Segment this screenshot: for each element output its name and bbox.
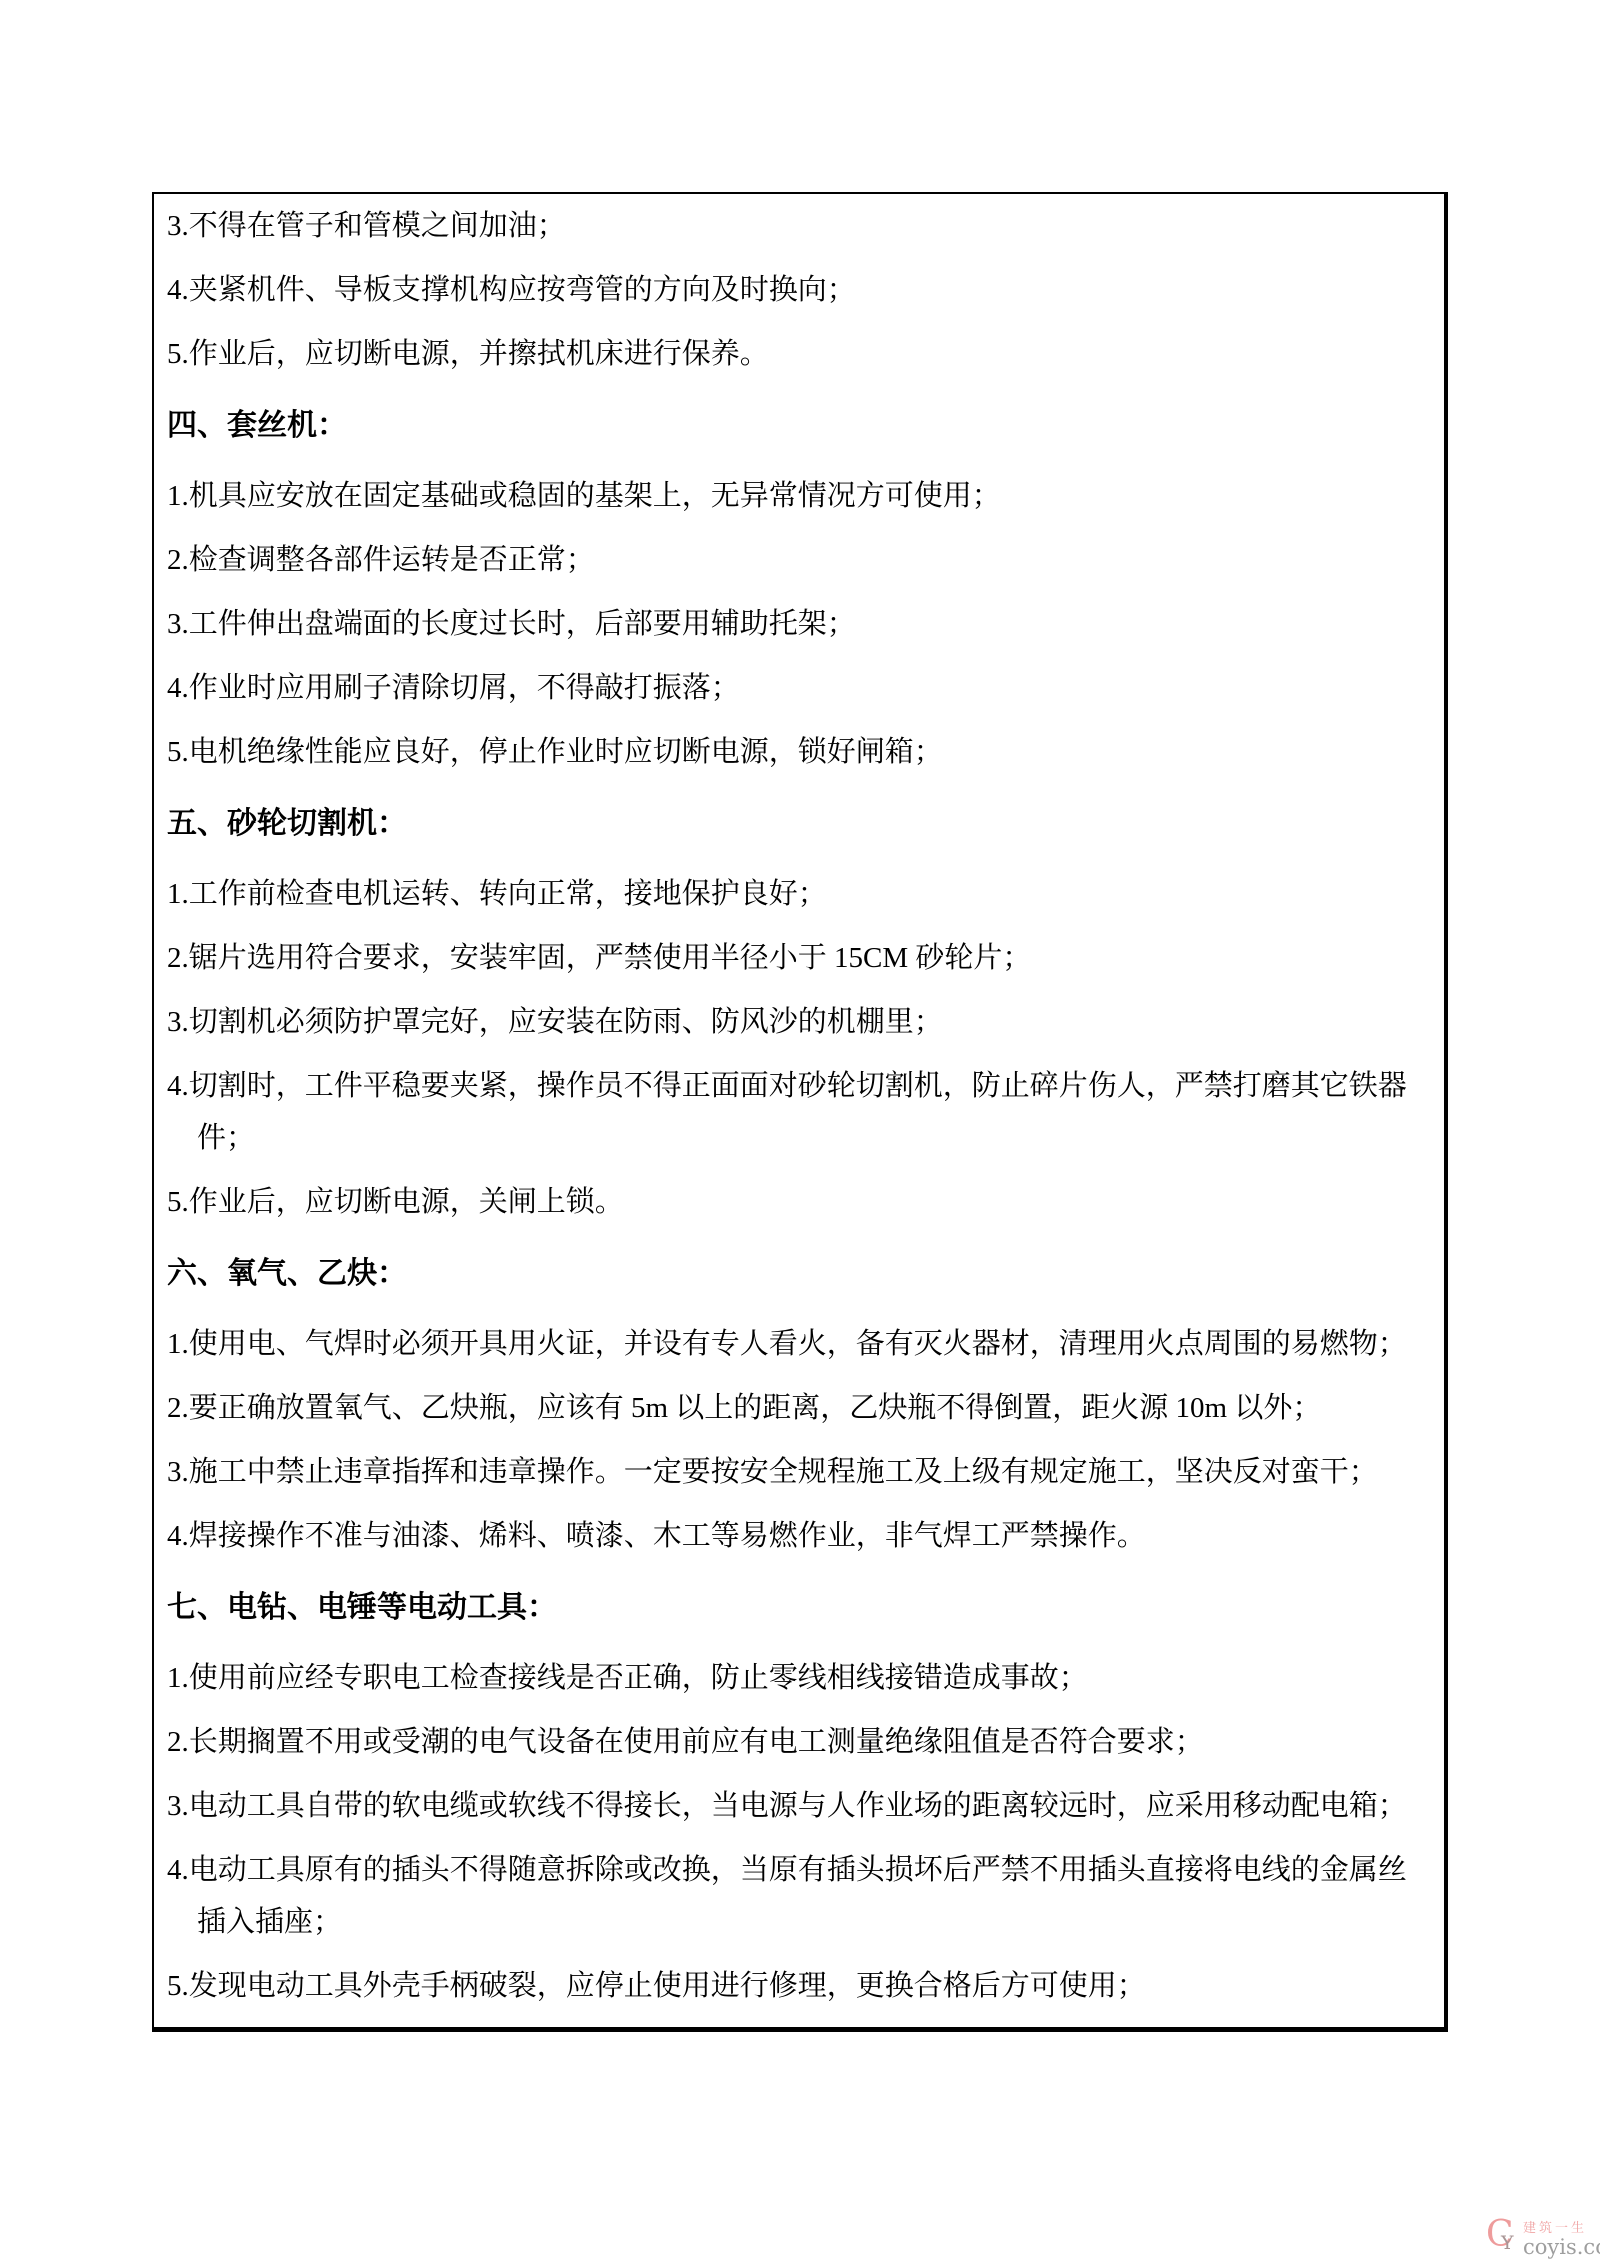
list-item: 3.电动工具自带的软电缆或软线不得接长，当电源与人作业场的距离较远时，应采用移动… — [167, 1780, 1427, 1844]
watermark-tagline: 建筑一生 — [1523, 2220, 1600, 2236]
list-item: 5.作业后，应切断电源，关闸上锁。 — [167, 1176, 1427, 1240]
list-item: 3.工件伸出盘端面的长度过长时，后部要用辅助托架； — [167, 598, 1427, 662]
list-item: 4.夹紧机件、导板支撑机构应按弯管的方向及时换向； — [167, 264, 1427, 328]
safety-rules-table: 3.不得在管子和管模之间加油； 4.夹紧机件、导板支撑机构应按弯管的方向及时换向… — [152, 192, 1448, 2032]
list-item: 2.检查调整各部件运转是否正常； — [167, 534, 1427, 598]
list-item: 1.机具应安放在固定基础或稳固的基架上，无异常情况方可使用； — [167, 470, 1427, 534]
section-heading-grinding-cutter: 五、砂轮切割机： — [167, 790, 1427, 868]
list-item: 4.作业时应用刷子清除切屑，不得敲打振落； — [167, 662, 1427, 726]
section-heading-threading-machine: 四、套丝机： — [167, 392, 1427, 470]
list-item: 3.切割机必须防护罩完好，应安装在防雨、防风沙的机棚里； — [167, 996, 1427, 1060]
list-item: 4.焊接操作不准与油漆、烯料、喷漆、木工等易燃作业，非气焊工严禁操作。 — [167, 1510, 1427, 1574]
list-item: 4.电动工具原有的插头不得随意拆除或改换，当原有插头损坏后严禁不用插头直接将电线… — [167, 1844, 1427, 1960]
document-page: 3.不得在管子和管模之间加油； 4.夹紧机件、导板支撑机构应按弯管的方向及时换向… — [0, 0, 1600, 2262]
list-item: 2.要正确放置氧气、乙炔瓶，应该有 5m 以上的距离，乙炔瓶不得倒置，距火源 1… — [167, 1382, 1427, 1446]
section-heading-oxygen-acetylene: 六、氧气、乙炔： — [167, 1240, 1427, 1318]
list-item: 1.使用前应经专职电工检查接线是否正确，防止零线相线接错造成事故； — [167, 1652, 1427, 1716]
list-item: 2.锯片选用符合要求，安装牢固，严禁使用半径小于 15CM 砂轮片； — [167, 932, 1427, 996]
list-item: 3.不得在管子和管模之间加油； — [167, 200, 1427, 264]
list-item: 4.切割时，工件平稳要夹紧，操作员不得正面面对砂轮切割机，防止碎片伤人，严禁打磨… — [167, 1060, 1427, 1176]
list-item: 5.电机绝缘性能应良好，停止作业时应切断电源，锁好闸箱； — [167, 726, 1427, 790]
watermark: C Y 建筑一生 coyis.com — [1486, 2217, 1598, 2259]
watermark-text: 建筑一生 coyis.com — [1523, 2220, 1600, 2259]
watermark-site: coyis.com — [1523, 2236, 1600, 2259]
list-item: 2.长期搁置不用或受潮的电气设备在使用前应有电工测量绝缘阻值是否符合要求； — [167, 1716, 1427, 1780]
section-heading-power-tools: 七、电钻、电锤等电动工具： — [167, 1574, 1427, 1652]
list-item: 5.发现电动工具外壳手柄破裂，应停止使用进行修理，更换合格后方可使用； — [167, 1960, 1427, 2024]
list-item: 1.工作前检查电机运转、转向正常，接地保护良好； — [167, 868, 1427, 932]
list-item: 1.使用电、气焊时必须开具用火证，并设有专人看火，备有灭火器材，清理用火点周围的… — [167, 1318, 1427, 1382]
list-item: 3.施工中禁止违章指挥和违章操作。一定要按安全规程施工及上级有规定施工，坚决反对… — [167, 1446, 1427, 1510]
list-item: 5.作业后，应切断电源，并擦拭机床进行保养。 — [167, 328, 1427, 392]
watermark-logo-y: Y — [1501, 2234, 1514, 2253]
watermark-cy-logo-icon: C Y — [1486, 2217, 1522, 2259]
